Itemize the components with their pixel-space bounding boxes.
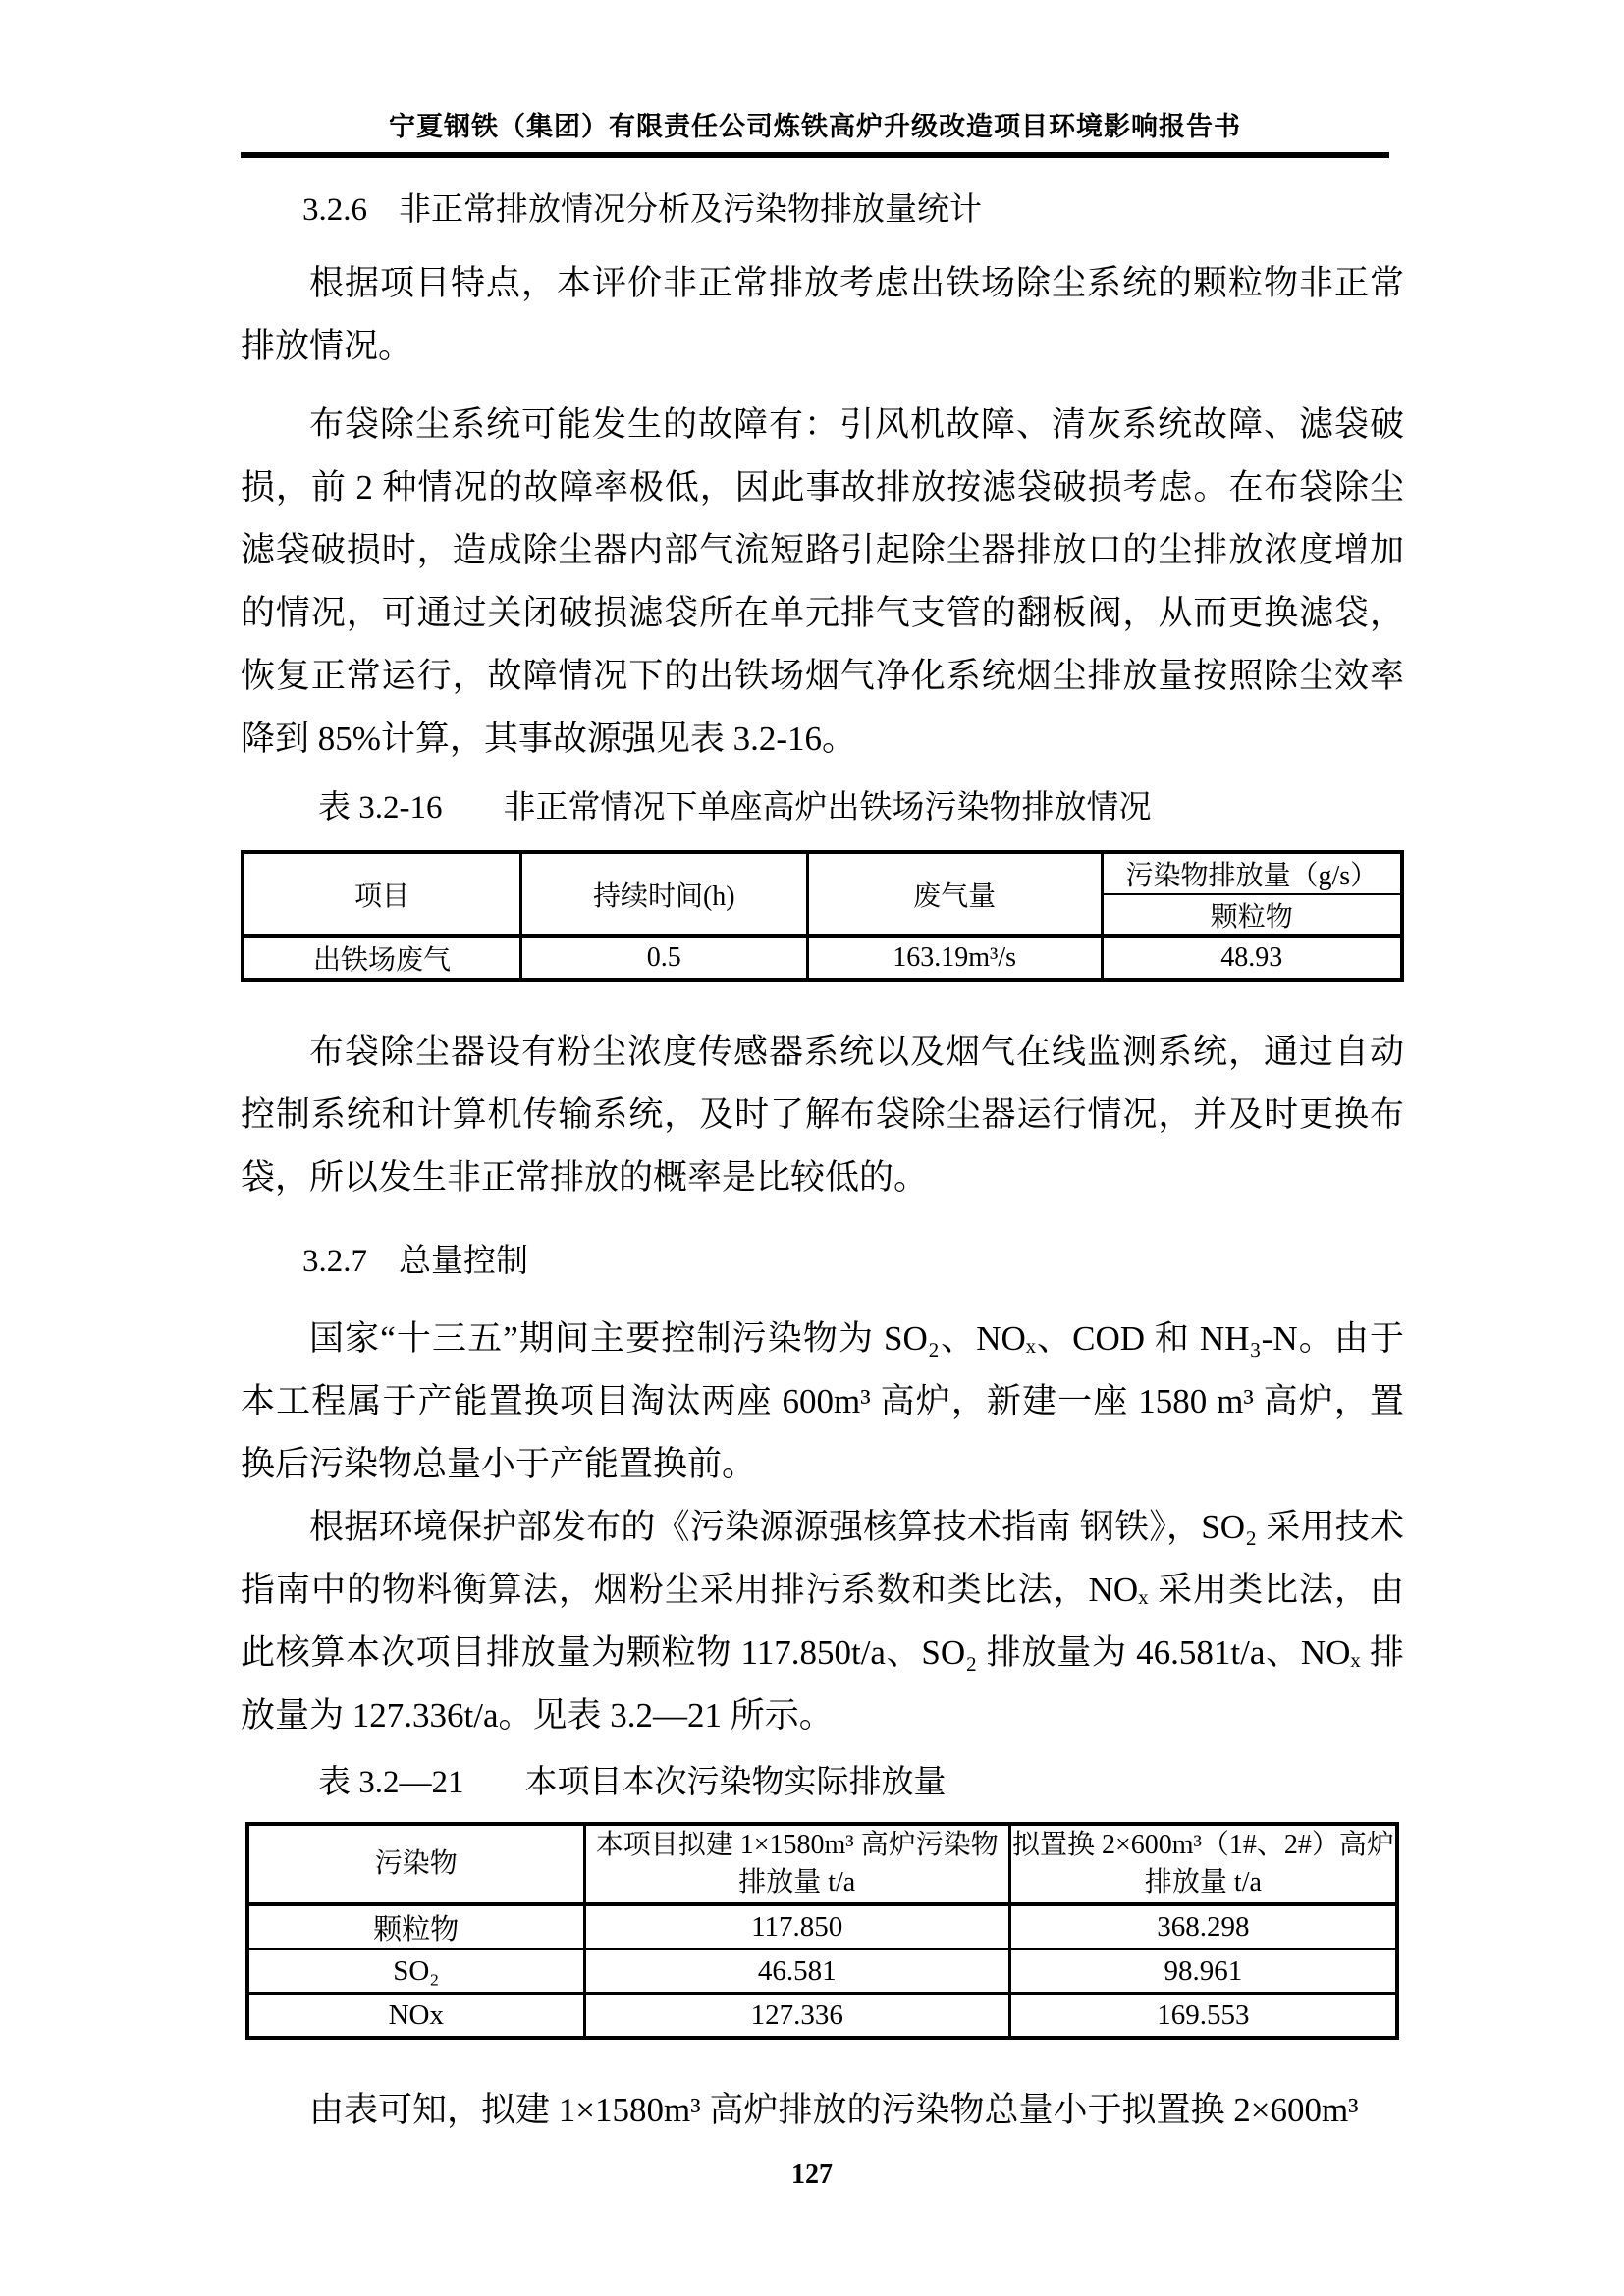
table-row: 颗粒物 117.850 368.298 [247,1904,1397,1949]
paragraph: 国家“十三五”期间主要控制污染物为 SO₂、NOₓ、COD 和 NH₃-N。由于… [241,1308,1404,1496]
table-header-row: 项目 持续时间(h) 废气量 污染物排放量（g/s） [243,852,1402,894]
t2-cell-proposed: 127.336 [584,1994,1009,2039]
table-1-caption: 表 3.2-16非正常情况下单座高炉出铁场污染物排放情况 [318,780,1404,835]
t2-header-proposed: 本项目拟建 1×1580m³ 高炉污染物排放量 t/a [584,1824,1009,1904]
t2-header-replaced: 拟置换 2×600m³（1#、2#）高炉排放量 t/a [1009,1824,1397,1904]
t1-header-duration: 持续时间(h) [520,852,807,936]
section-326-heading: 3.2.6非正常排放情况分析及污染物排放量统计 [302,187,1404,233]
t1-subheader-particulate: 颗粒物 [1102,894,1402,936]
t2-cell-proposed: 46.581 [584,1949,1009,1994]
table-2-title: 本项目本次污染物实际排放量 [525,1765,947,1800]
section-number: 3.2.7 [302,1244,367,1279]
table-2-label: 表 3.2—21 [318,1765,464,1800]
t1-header-gas-volume: 废气量 [807,852,1102,936]
t2-cell-pollutant: 颗粒物 [247,1904,584,1949]
page-body: 3.2.6非正常排放情况分析及污染物排放量统计 根据项目特点，本评价非正常排放考… [241,187,1404,2142]
table-3-2-16: 项目 持续时间(h) 废气量 污染物排放量（g/s） 颗粒物 出铁场废气 0.5… [241,850,1404,982]
paragraph: 根据项目特点，本评价非正常排放考虑出铁场除尘系统的颗粒物非正常排放情况。 [241,252,1404,378]
table-3-2-21: 污染物 本项目拟建 1×1580m³ 高炉污染物排放量 t/a 拟置换 2×60… [245,1822,1399,2040]
t1-cell-gas-volume: 163.19m³/s [807,936,1102,980]
t1-cell-item: 出铁场废气 [243,936,520,980]
t2-cell-replaced: 98.961 [1009,1949,1397,1994]
t2-cell-proposed: 117.850 [584,1904,1009,1949]
table-row: 出铁场废气 0.5 163.19m³/s 48.93 [243,936,1402,980]
page-footer: 127 [0,2156,1624,2195]
paragraph: 由表可知，拟建 1×1580m³ 高炉排放的污染物总量小于拟置换 2×600m³ [241,2079,1404,2142]
page-header: 宁夏钢铁（集团）有限责任公司炼铁高炉升级改造项目环境影响报告书 [241,0,1389,158]
t2-cell-replaced: 368.298 [1009,1904,1397,1949]
t2-header-pollutant: 污染物 [247,1824,584,1904]
table-row: NOx 127.336 169.553 [247,1994,1397,2039]
section-title: 非正常排放情况分析及污染物排放量统计 [399,192,982,228]
table-row: SO₂ 46.581 98.961 [247,1949,1397,1994]
table-1-label: 表 3.2-16 [318,790,443,826]
section-327-heading: 3.2.7总量控制 [302,1239,1404,1284]
t1-header-item: 项目 [243,852,520,936]
page-number: 127 [791,2160,833,2190]
t1-cell-duration: 0.5 [520,936,807,980]
report-title-header: 宁夏钢铁（集团）有限责任公司炼铁高炉升级改造项目环境影响报告书 [241,110,1389,158]
table-2-caption: 表 3.2—21本项目本次污染物实际排放量 [318,1755,1404,1810]
paragraph: 根据环境保护部发布的《污染源源强核算技术指南 钢铁》，SO₂ 采用技术指南中的物… [241,1496,1404,1747]
t2-cell-pollutant: NOx [247,1994,584,2039]
document-page: 宁夏钢铁（集团）有限责任公司炼铁高炉升级改造项目环境影响报告书 3.2.6非正常… [0,0,1624,2296]
t1-cell-particulate: 48.93 [1102,936,1402,980]
t2-cell-replaced: 169.553 [1009,1994,1397,2039]
table-1-title: 非正常情况下单座高炉出铁场污染物排放情况 [504,790,1152,826]
section-number: 3.2.6 [302,192,367,228]
paragraph: 布袋除尘系统可能发生的故障有：引风机故障、清灰系统故障、滤袋破损，前 2 种情况… [241,394,1404,771]
table-header-row: 污染物 本项目拟建 1×1580m³ 高炉污染物排放量 t/a 拟置换 2×60… [247,1824,1397,1904]
section-title: 总量控制 [399,1244,528,1279]
t2-cell-pollutant: SO₂ [247,1949,584,1994]
paragraph: 布袋除尘器设有粉尘浓度传感器系统以及烟气在线监测系统，通过自动控制系统和计算机传… [241,1021,1404,1209]
t1-header-emission-rate: 污染物排放量（g/s） [1102,852,1402,894]
